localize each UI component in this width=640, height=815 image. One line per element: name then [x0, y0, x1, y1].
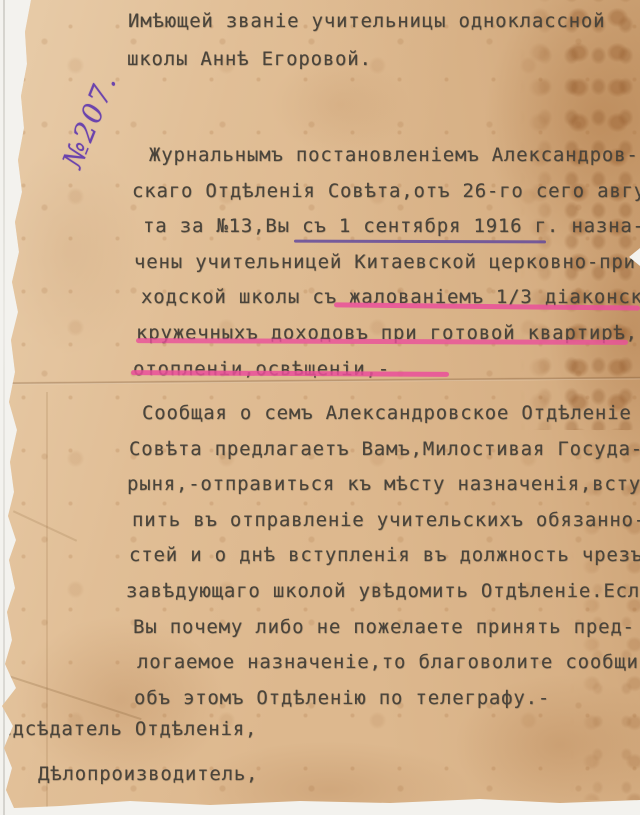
signature-line-clerk: Дѣлопроизводитель,	[38, 763, 258, 785]
typed-line: Журнальнымъ постановленіемъ Александров-	[149, 138, 640, 174]
typed-line: стей и о днѣ вступленія въ должность чре…	[129, 538, 640, 574]
typed-line: Имѣющей званіе учительницы одноклассной	[128, 2, 640, 40]
typed-line: Вы почему либо не пожелаете принять пред…	[133, 610, 640, 646]
typed-line: школы Аннѣ Егоровой.	[127, 40, 640, 78]
typed-line: Совѣта предлагаетъ Вамъ,Милостивая Госуд…	[129, 432, 640, 468]
typed-line: завѣдующаго школой увѣдомить Отдѣленіе.Е…	[126, 574, 640, 610]
signature-line-chairman: редсѣдатель Отдѣленія,	[0, 718, 257, 740]
typed-line: скаго Отдѣленія Совѣта,отъ 26-го сего ав…	[132, 174, 640, 210]
typed-line: Сообщая о семъ Александровское Отдѣленіе	[142, 396, 640, 432]
typed-line: кружечныхъ доходовъ при готовой квартирѣ…	[136, 316, 640, 352]
typed-line: объ этомъ Отдѣленію по телеграфу.-	[134, 681, 640, 717]
typed-line: рыня,-отправиться къ мѣсту назначенія,вс…	[127, 467, 640, 503]
typed-line: чены учительницей Китаевской церковно-пр…	[134, 245, 640, 281]
document-page: №207. Имѣющей званіе учительницы однокла…	[0, 0, 640, 815]
scanner-background: №207. Имѣющей званіе учительницы однокла…	[0, 0, 640, 815]
typed-line: ходской школы съ жалованіемъ 1/3 діаконс…	[141, 280, 640, 316]
typed-line: пить въ отправленіе учительскихъ обязанн…	[132, 503, 640, 539]
paragraph-appointment: Журнальнымъ постановленіемъ Александров-…	[0, 138, 640, 387]
paragraph-addressee: Имѣющей званіе учительницы одноклассной …	[0, 2, 640, 78]
typed-line: логаемое назначеніе,то благоволите сообщ…	[137, 645, 640, 681]
paragraph-instructions: Сообщая о семъ Александровское Отдѣленіе…	[0, 396, 640, 716]
typed-line: отопленіи,освѣщеніи,-	[133, 352, 640, 388]
